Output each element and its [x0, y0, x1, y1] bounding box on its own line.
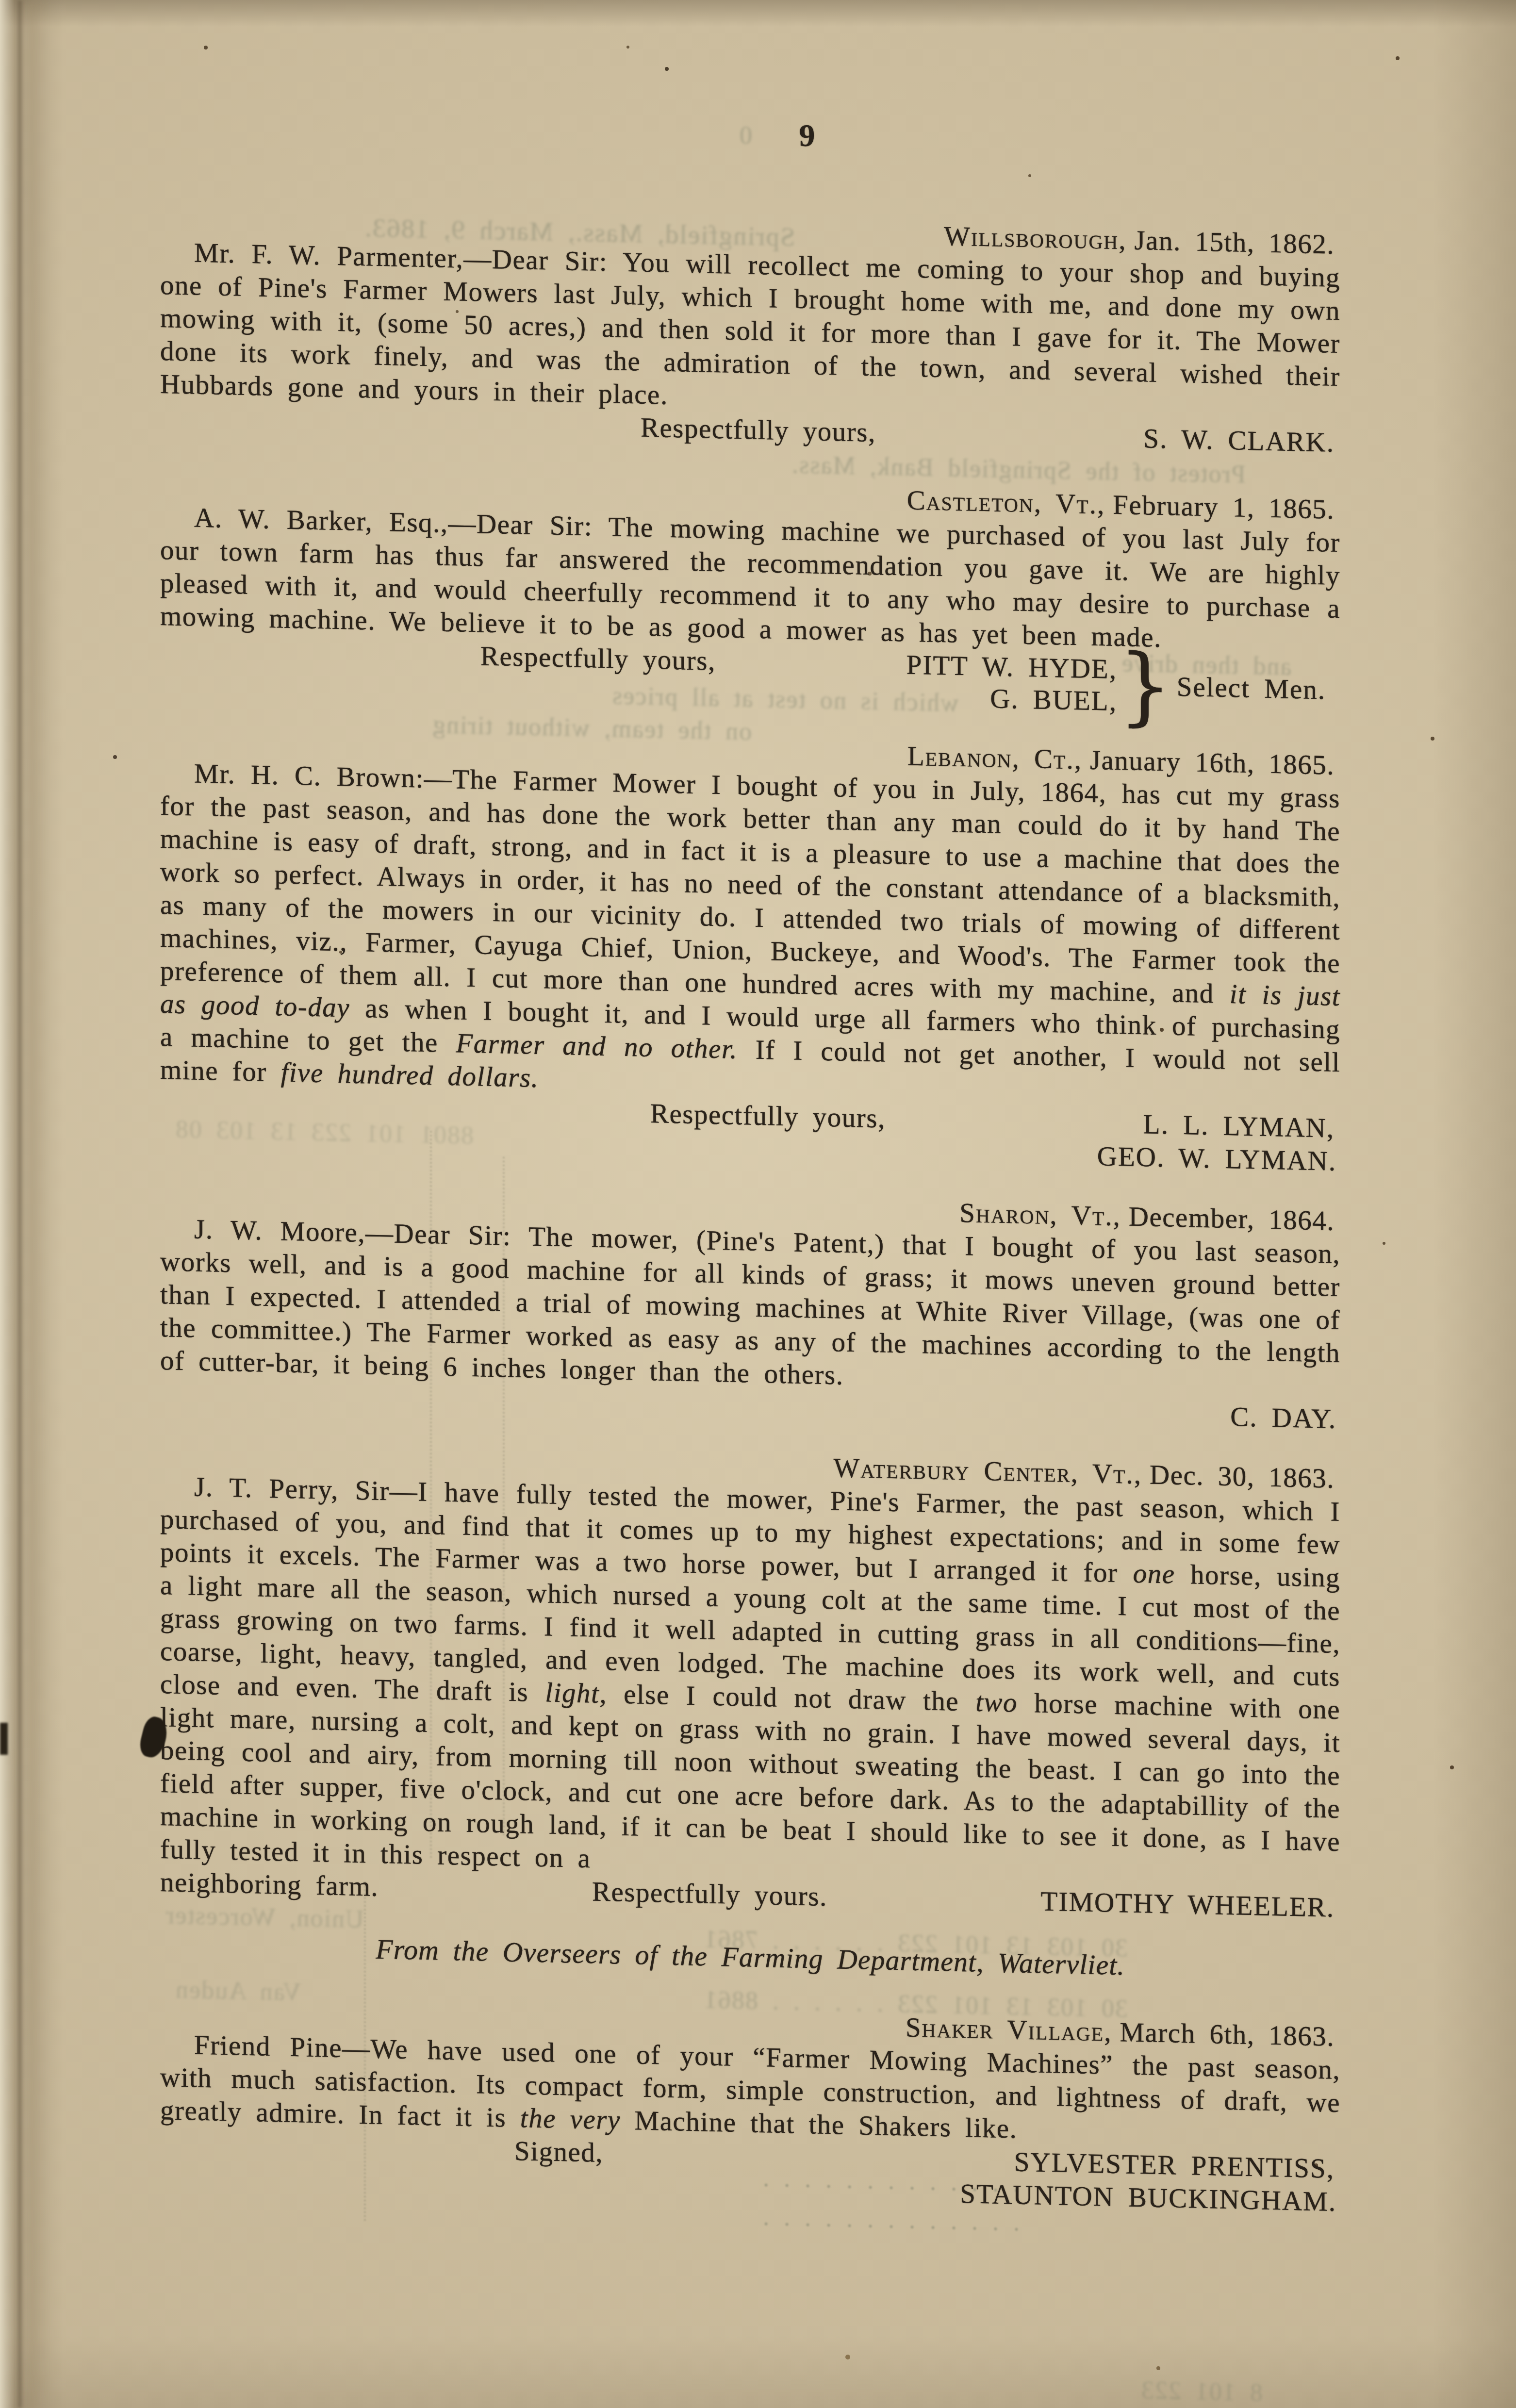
paper-specks — [0, 0, 2, 2]
dateline-date: March 6th, 1863. — [1120, 2017, 1335, 2052]
testimonial-letter-sharon: Sharon, Vt.,December, 1864. J. W. Moore,… — [160, 1179, 1340, 1436]
dateline-date: February 1, 1865. — [1113, 490, 1335, 525]
letter-closing: Respectfully yours, — [641, 412, 876, 450]
letter-body: Mr. H. C. Brown:—The Farmer Mower I boug… — [160, 757, 1340, 1112]
testimonial-letter-willsborough: Willsborough,Jan. 15th, 1862. Mr. F. W. … — [160, 203, 1340, 460]
page-number-bleedthrough: 0 — [739, 121, 752, 150]
ink-mark-left-edge — [0, 1723, 8, 1755]
testimonial-letter-lebanon: Lebanon, Ct.,January 16th, 1865. Mr. H. … — [160, 724, 1340, 1178]
brace-glyph: } — [1118, 657, 1173, 716]
page-fold-crease — [16, 0, 23, 2408]
testimonial-letter-castleton: Castleton, Vt.,February 1, 1865. A. W. B… — [160, 468, 1340, 723]
letter-body: J. T. Perry, Sir—I have fully tested the… — [160, 1470, 1340, 1892]
dateline-date: Jan. 15th, 1862. — [1134, 225, 1335, 260]
page-fold-shadow — [29, 0, 49, 2408]
dateline-place: Sharon, Vt., — [959, 1198, 1121, 1232]
letter-closing: Respectfully yours, — [650, 1097, 886, 1136]
dateline-date: January 16th, 1865. — [1090, 745, 1335, 781]
letter-signature: TIMOTHY WHEELER. — [1041, 1885, 1340, 1925]
letter-signature: G. BUEL, — [990, 683, 1117, 717]
letter-signature: L. L. LYMAN, — [1143, 1108, 1340, 1145]
signature-group: PITT W. HYDE, G. BUEL, } Select Men. — [906, 649, 1340, 723]
dateline-place: Lebanon, Ct., — [907, 741, 1082, 775]
bleedthrough-text: Union, Worcester — [165, 1899, 364, 1936]
page-text-block: Springfield, Mass., March 9, 1863. Prote… — [160, 203, 1340, 2219]
dateline-date: Dec. 30, 1863. — [1150, 1459, 1335, 1494]
letter-body: J. W. Moore,—Dear Sir: The mower, (Pine'… — [160, 1212, 1340, 1403]
letter-closing: Respectfully yours, — [480, 640, 716, 678]
dateline-place: Waterbury Center, Vt., — [834, 1452, 1142, 1490]
dateline-place: Willsborough, — [944, 221, 1126, 255]
dateline-place: Castleton, Vt., — [907, 485, 1105, 520]
scanned-document-page: 0 9 Springfield, Mass., March 9, 1863. P… — [0, 0, 1516, 2408]
dateline-date: December, 1864. — [1129, 1202, 1335, 1237]
letter-closing: Signed, — [514, 2135, 603, 2170]
letter-body: Mr. F. W. Parmenter,—Dear Sir: You will … — [160, 236, 1340, 427]
letter-body: A. W. Barker, Esq.,—Dear Sir: The mowing… — [160, 501, 1340, 659]
letter-signature: S. W. CLARK. — [1143, 422, 1340, 460]
bleedthrough-text: 8 101 223 — [1140, 2374, 1263, 2408]
letter-body-tail: neighboring farm. — [160, 1866, 379, 1904]
page-number: 9 — [778, 117, 837, 154]
letter-signature: PITT W. HYDE, — [906, 650, 1117, 685]
testimonial-letter-waterbury: Waterbury Center, Vt.,Dec. 30, 1863. J. … — [160, 1437, 1340, 1925]
dateline-place: Shaker Village, — [906, 2012, 1112, 2047]
testimonial-letter-shaker-village: Shaker Village,March 6th, 1863. Friend P… — [160, 1995, 1340, 2219]
letter-closing-row: Respectfully yours, PITT W. HYDE, G. BUE… — [160, 633, 1340, 723]
signature-names: PITT W. HYDE, G. BUEL, — [906, 649, 1117, 718]
letter-closing: Respectfully yours. — [592, 1875, 827, 1913]
signature-note: Select Men. — [1177, 671, 1340, 707]
